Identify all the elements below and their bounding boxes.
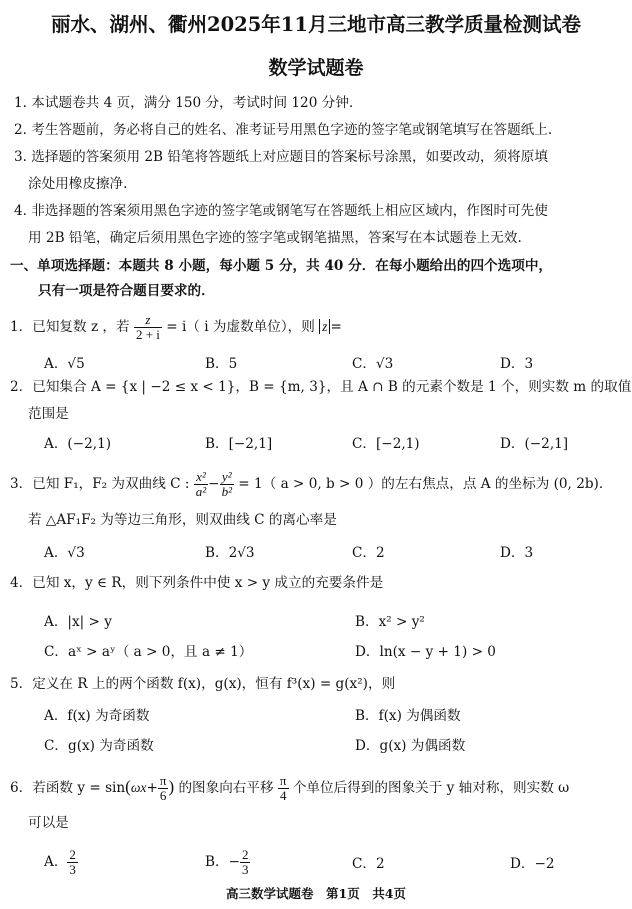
- instruction-3-cont: 涂处用橡皮擦净.: [28, 174, 127, 194]
- fraction: y²b²: [220, 470, 234, 499]
- fraction: π6: [158, 774, 169, 803]
- question-2: 2．已知集合 A = {x | −2 ≤ x < 1}，B = {m, 3}，且…: [10, 377, 631, 397]
- section-heading-cont: 只有一项是符合题目要求的．: [38, 281, 215, 301]
- q5-option-d: D．g(x) 为偶函数: [355, 734, 465, 754]
- q3-option-a: A．√3: [44, 541, 85, 561]
- q3-option-c: C．2: [352, 541, 385, 561]
- instruction-4: 4. 非选择题的答案须用黑色字迹的签字笔或钢笔写在答题纸上相应区域内，作图时可先…: [14, 201, 548, 221]
- question-number: 1．: [10, 319, 32, 335]
- q2-option-b: B．[−2,1]: [205, 432, 272, 452]
- instruction-2: 2. 考生答题前，务必将自己的姓名、准考证号用黑色字迹的签字笔或钢笔填写在答题纸…: [14, 120, 552, 140]
- page-footer: 高三数学试题卷 第1页 共4页: [0, 884, 632, 902]
- question-6-cont: 可以是: [28, 813, 69, 833]
- q2-option-c: C．[−2,1): [352, 432, 420, 452]
- modulus: z: [319, 319, 330, 334]
- exam-subtitle: 数学试题卷: [0, 53, 632, 80]
- fraction: z2 + i: [134, 313, 162, 342]
- q2-option-a: A．(−2,1): [44, 432, 111, 452]
- instruction-4-cont: 用 2B 铅笔，确定后须用黑色字迹的签字笔或钢笔描黑，答案写在本试题卷上无效.: [28, 228, 522, 248]
- fraction: x²a²: [194, 470, 208, 499]
- section-heading: 一、单项选择题：本题共 8 小题，每小题 5 分，共 40 分．在每小题给出的四…: [10, 256, 552, 276]
- q6-option-c: C．2: [352, 852, 385, 872]
- q4-option-b: B．x² > y²: [355, 610, 425, 630]
- question-2-cont: 范围是: [28, 404, 69, 424]
- question-3-cont: 若 △AF₁F₂ 为等边三角形，则双曲线 C 的离心率是: [28, 510, 337, 530]
- q2-option-d: D．(−2,1]: [500, 432, 568, 452]
- q5-option-b: B．f(x) 为偶函数: [355, 704, 461, 724]
- q4-option-a: A．|x| > y: [44, 610, 112, 630]
- instruction-3: 3. 选择题的答案须用 2B 铅笔将答题纸上对应题目的答案标号涂黑，如要改动，须…: [14, 147, 548, 167]
- q4-option-c: C．aˣ > aʸ（ a > 0，且 a ≠ 1）: [44, 640, 252, 660]
- q6-option-a: A．23: [44, 848, 78, 877]
- exam-title: 丽水、湖州、衢州2025年11月三地市高三教学质量检测试卷: [0, 9, 632, 37]
- q3-option-b: B．2√3: [205, 541, 255, 561]
- question-5: 5．定义在 R 上的两个函数 f(x)，g(x)，恒有 f³(x) = g(x²…: [10, 674, 395, 694]
- q4-option-d: D．ln(x − y + 1) > 0: [355, 640, 496, 660]
- question-6: 6．若函数 y = sin(ωx+π6) 的图象向右平移 π4 个单位后得到的图…: [10, 774, 569, 803]
- question-3: 3．已知 F₁，F₂ 为双曲线 C : x²a²−y²b² = 1（ a > 0…: [10, 470, 612, 499]
- q1-option-d: D．3: [500, 352, 533, 372]
- question-1: 1．已知复数 z ，若 z2 + i = i（ i 为虚数单位），则 z=: [10, 313, 342, 342]
- q1-option-a: A．√5: [44, 352, 85, 372]
- instruction-1: 1. 本试题卷共 4 页，满分 150 分，考试时间 120 分钟.: [14, 93, 353, 113]
- q1-option-c: C．√3: [352, 352, 393, 372]
- q5-option-a: A．f(x) 为奇函数: [44, 704, 149, 724]
- question-4: 4．已知 x，y ∈ R，则下列条件中使 x > y 成立的充要条件是: [10, 573, 383, 593]
- q3-option-d: D．3: [500, 541, 533, 561]
- fraction: π4: [278, 774, 289, 803]
- q6-option-b: B．−23: [205, 848, 250, 877]
- q5-option-c: C．g(x) 为奇函数: [44, 734, 154, 754]
- q6-option-d: D．−2: [510, 852, 555, 872]
- q1-option-b: B．5: [205, 352, 237, 372]
